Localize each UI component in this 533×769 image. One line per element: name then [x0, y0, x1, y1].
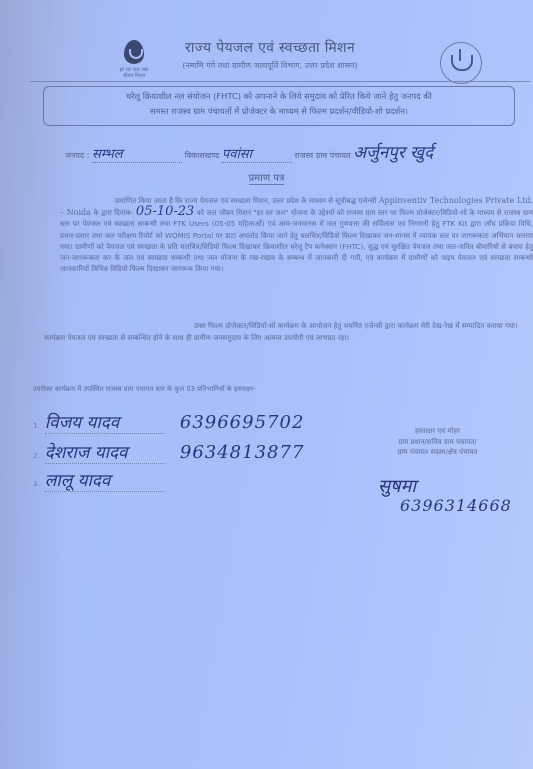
pradhan-phone: 6396314668 [400, 496, 512, 515]
participant-name: लालू यादव [45, 468, 165, 492]
banner-line-2: समस्त राजस्व ग्राम पंचायतों में प्रोजेक्… [44, 104, 514, 119]
signatory-block: हस्ताक्षर एवं मोहर ग्राम प्रधान/सचिव ग्र… [370, 426, 505, 458]
participant-row: 2. देशराज यादव 9634813877 [33, 440, 304, 464]
program-date: 05-10-23 [136, 204, 194, 219]
certificate-paragraph-2: उक्त फिल्म प्रोजेक्टर/विडियो-शो कार्यक्र… [44, 320, 533, 343]
participant-number: 3. [33, 480, 40, 488]
banner-line-1: घरेलू क्रियाशील नल संयोजन (FHTC) को अपना… [44, 89, 514, 104]
subject-banner: घरेलू क्रियाशील नल संयोजन (FHTC) को अपना… [43, 86, 515, 126]
block-value: पवांसा [222, 147, 252, 162]
block-label: विकासखण्ड [185, 151, 220, 160]
para2-text: उक्त फिल्म प्रोजेक्टर/विडियो-शो कार्यक्र… [44, 321, 518, 342]
stamp-line-2: ग्राम प्रधान/सचिव ग्राम पंचायत/ [370, 437, 505, 448]
district-label: जनपद : [65, 151, 89, 160]
certificate-title-text: प्रमाण पत्र [249, 173, 285, 185]
letterhead: राज्य पेयजल एवं स्वच्छता मिशन (नमामि गंग… [110, 38, 430, 71]
stamp-line-3: ग्राम पंचायत सदस्य/क्षेत्र पंचायत [370, 447, 505, 458]
org-title: राज्य पेयजल एवं स्वच्छता मिशन [110, 38, 430, 57]
org-subtitle: (नमामि गंगे तथा ग्रामीण जलापूर्ति विभाग,… [110, 60, 430, 71]
participant-phone: 9634813877 [180, 442, 305, 463]
district-value: सम्भल [92, 147, 123, 162]
header-divider [30, 81, 530, 82]
location-fields: जनपद : सम्भल विकासखण्ड पवांसा राजस्व ग्र… [65, 140, 533, 163]
participant-number: 2. [33, 452, 40, 460]
participants-intro: उपरोक्त कार्यक्रम में उपस्थित राजस्व ग्र… [33, 384, 333, 394]
certificate-title: प्रमाण पत्र [0, 170, 533, 184]
pradhan-signature: सुषमा [378, 474, 416, 498]
participant-name: देशराज यादव [45, 440, 165, 464]
panchayat-value: अर्जुनपुर खुर्द [353, 143, 433, 163]
participant-number: 1. [33, 422, 40, 430]
stamp-line-1: हस्ताक्षर एवं मोहर [370, 426, 505, 437]
panchayat-label: राजस्व ग्राम पंचायत [294, 151, 350, 160]
participant-row: 3. लालू यादव [33, 468, 175, 492]
participant-row: 1. विजय यादव 6396695702 [33, 410, 304, 434]
emblem-bow-shape [451, 55, 473, 71]
participant-phone: 6396695702 [180, 412, 305, 433]
para1-date-label: के द्वारा दिनांक- [93, 208, 133, 217]
para1-body: को जल जीवन मिशन "हर घर जल" योजना के उद्द… [60, 208, 533, 273]
certificate-paragraph-1: प्रमाणित किया जाता है कि राज्य पेयजल एवं… [60, 195, 533, 274]
up-state-emblem-icon [440, 42, 482, 84]
participant-name: विजय यादव [45, 410, 165, 434]
